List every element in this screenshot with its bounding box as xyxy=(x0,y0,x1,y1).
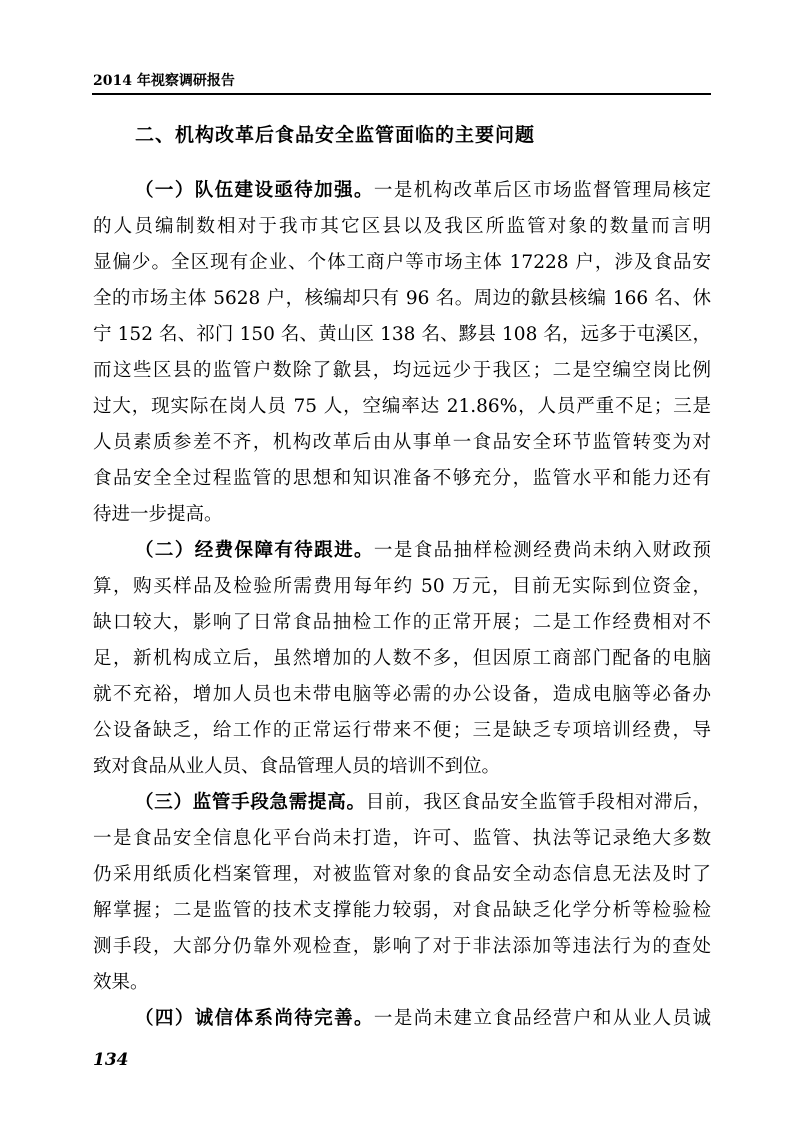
body-text: （一）队伍建设亟待加强。一是机构改革后区市场监督管理局核定 的人员编制数相对于我… xyxy=(93,173,711,1037)
paragraph-2-line: 足，新机构成立后，虽然增加的人数不多，但因原工商部门配备的电脑 xyxy=(93,641,711,677)
paragraph-4-line-1: （四）诚信体系尚待完善。一是尚未建立食品经营户和从业人员诚 xyxy=(93,1001,711,1037)
paragraph-3-line: 测手段，大部分仍靠外观检查，影响了对于非法添加等违法行为的查处 xyxy=(93,929,711,965)
paragraph-2-line: 算，购买样品及检验所需费用每年约 50 万元，目前无实际到位资金， xyxy=(93,569,711,605)
paragraph-1-line: 全的市场主体 5628 户，核编却只有 96 名。周边的歙县核编 166 名、休 xyxy=(93,281,711,317)
paragraph-1-line: 食品安全全过程监管的思想和知识准备不够充分，监管水平和能力还有 xyxy=(93,461,711,497)
header-rule xyxy=(92,93,711,95)
paragraph-4-lead: （四）诚信体系尚待完善。 xyxy=(135,1008,374,1029)
paragraph-1-line: 人员素质参差不齐，机构改革后由从事单一食品安全环节监管转变为对 xyxy=(93,425,711,461)
paragraph-1-line: 的人员编制数相对于我市其它区县以及我区所监管对象的数量而言明 xyxy=(93,209,711,245)
paragraph-2-line: 就不充裕，增加人员也未带电脑等必需的办公设备，造成电脑等必备办 xyxy=(93,677,711,713)
paragraph-1-line-1: （一）队伍建设亟待加强。一是机构改革后区市场监督管理局核定 xyxy=(93,173,711,209)
paragraph-2-line-1: （二）经费保障有待跟进。一是食品抽样检测经费尚未纳入财政预 xyxy=(93,533,711,569)
paragraph-3-line: 解掌握；二是监管的技术支撑能力较弱，对食品缺乏化学分析等检验检 xyxy=(93,893,711,929)
paragraph-3-line: 效果。 xyxy=(93,965,711,1001)
paragraph-2-line: 公设备缺乏，给工作的正常运行带来不便；三是缺乏专项培训经费，导 xyxy=(93,713,711,749)
paragraph-3-line-1: （三）监管手段急需提高。目前，我区食品安全监管手段相对滞后， xyxy=(93,785,711,821)
paragraph-1-line: 宁 152 名、祁门 150 名、黄山区 138 名、黟县 108 名，远多于屯… xyxy=(93,317,711,353)
running-header: 2014 年视察调研报告 xyxy=(93,70,235,90)
paragraph-1-line: 过大，现实际在岗人员 75 人，空编率达 21.86%，人员严重不足；三是 xyxy=(93,389,711,425)
section-heading: 二、机构改革后食品安全监管面临的主要问题 xyxy=(135,120,535,147)
paragraph-2-lead: （二）经费保障有待跟进。 xyxy=(135,540,374,561)
page-number: 134 xyxy=(93,1050,129,1070)
paragraph-3-lead: （三）监管手段急需提高。 xyxy=(135,792,366,813)
paragraph-1-lead: （一）队伍建设亟待加强。 xyxy=(135,180,374,201)
paragraph-1-line: 待进一步提高。 xyxy=(93,497,711,533)
paragraph-1-line: 显偏少。全区现有企业、个体工商户等市场主体 17228 户，涉及食品安 xyxy=(93,245,711,281)
paragraph-2-line: 缺口较大，影响了日常食品抽检工作的正常开展；二是工作经费相对不 xyxy=(93,605,711,641)
paragraph-3-line: 仍采用纸质化档案管理，对被监管对象的食品安全动态信息无法及时了 xyxy=(93,857,711,893)
paragraph-2-line: 致对食品从业人员、食品管理人员的培训不到位。 xyxy=(93,749,711,785)
paragraph-1-line: 而这些区县的监管户数除了歙县，均远远少于我区；二是空编空岗比例 xyxy=(93,353,711,389)
paragraph-3-line: 一是食品安全信息化平台尚未打造，许可、监管、执法等记录绝大多数 xyxy=(93,821,711,857)
